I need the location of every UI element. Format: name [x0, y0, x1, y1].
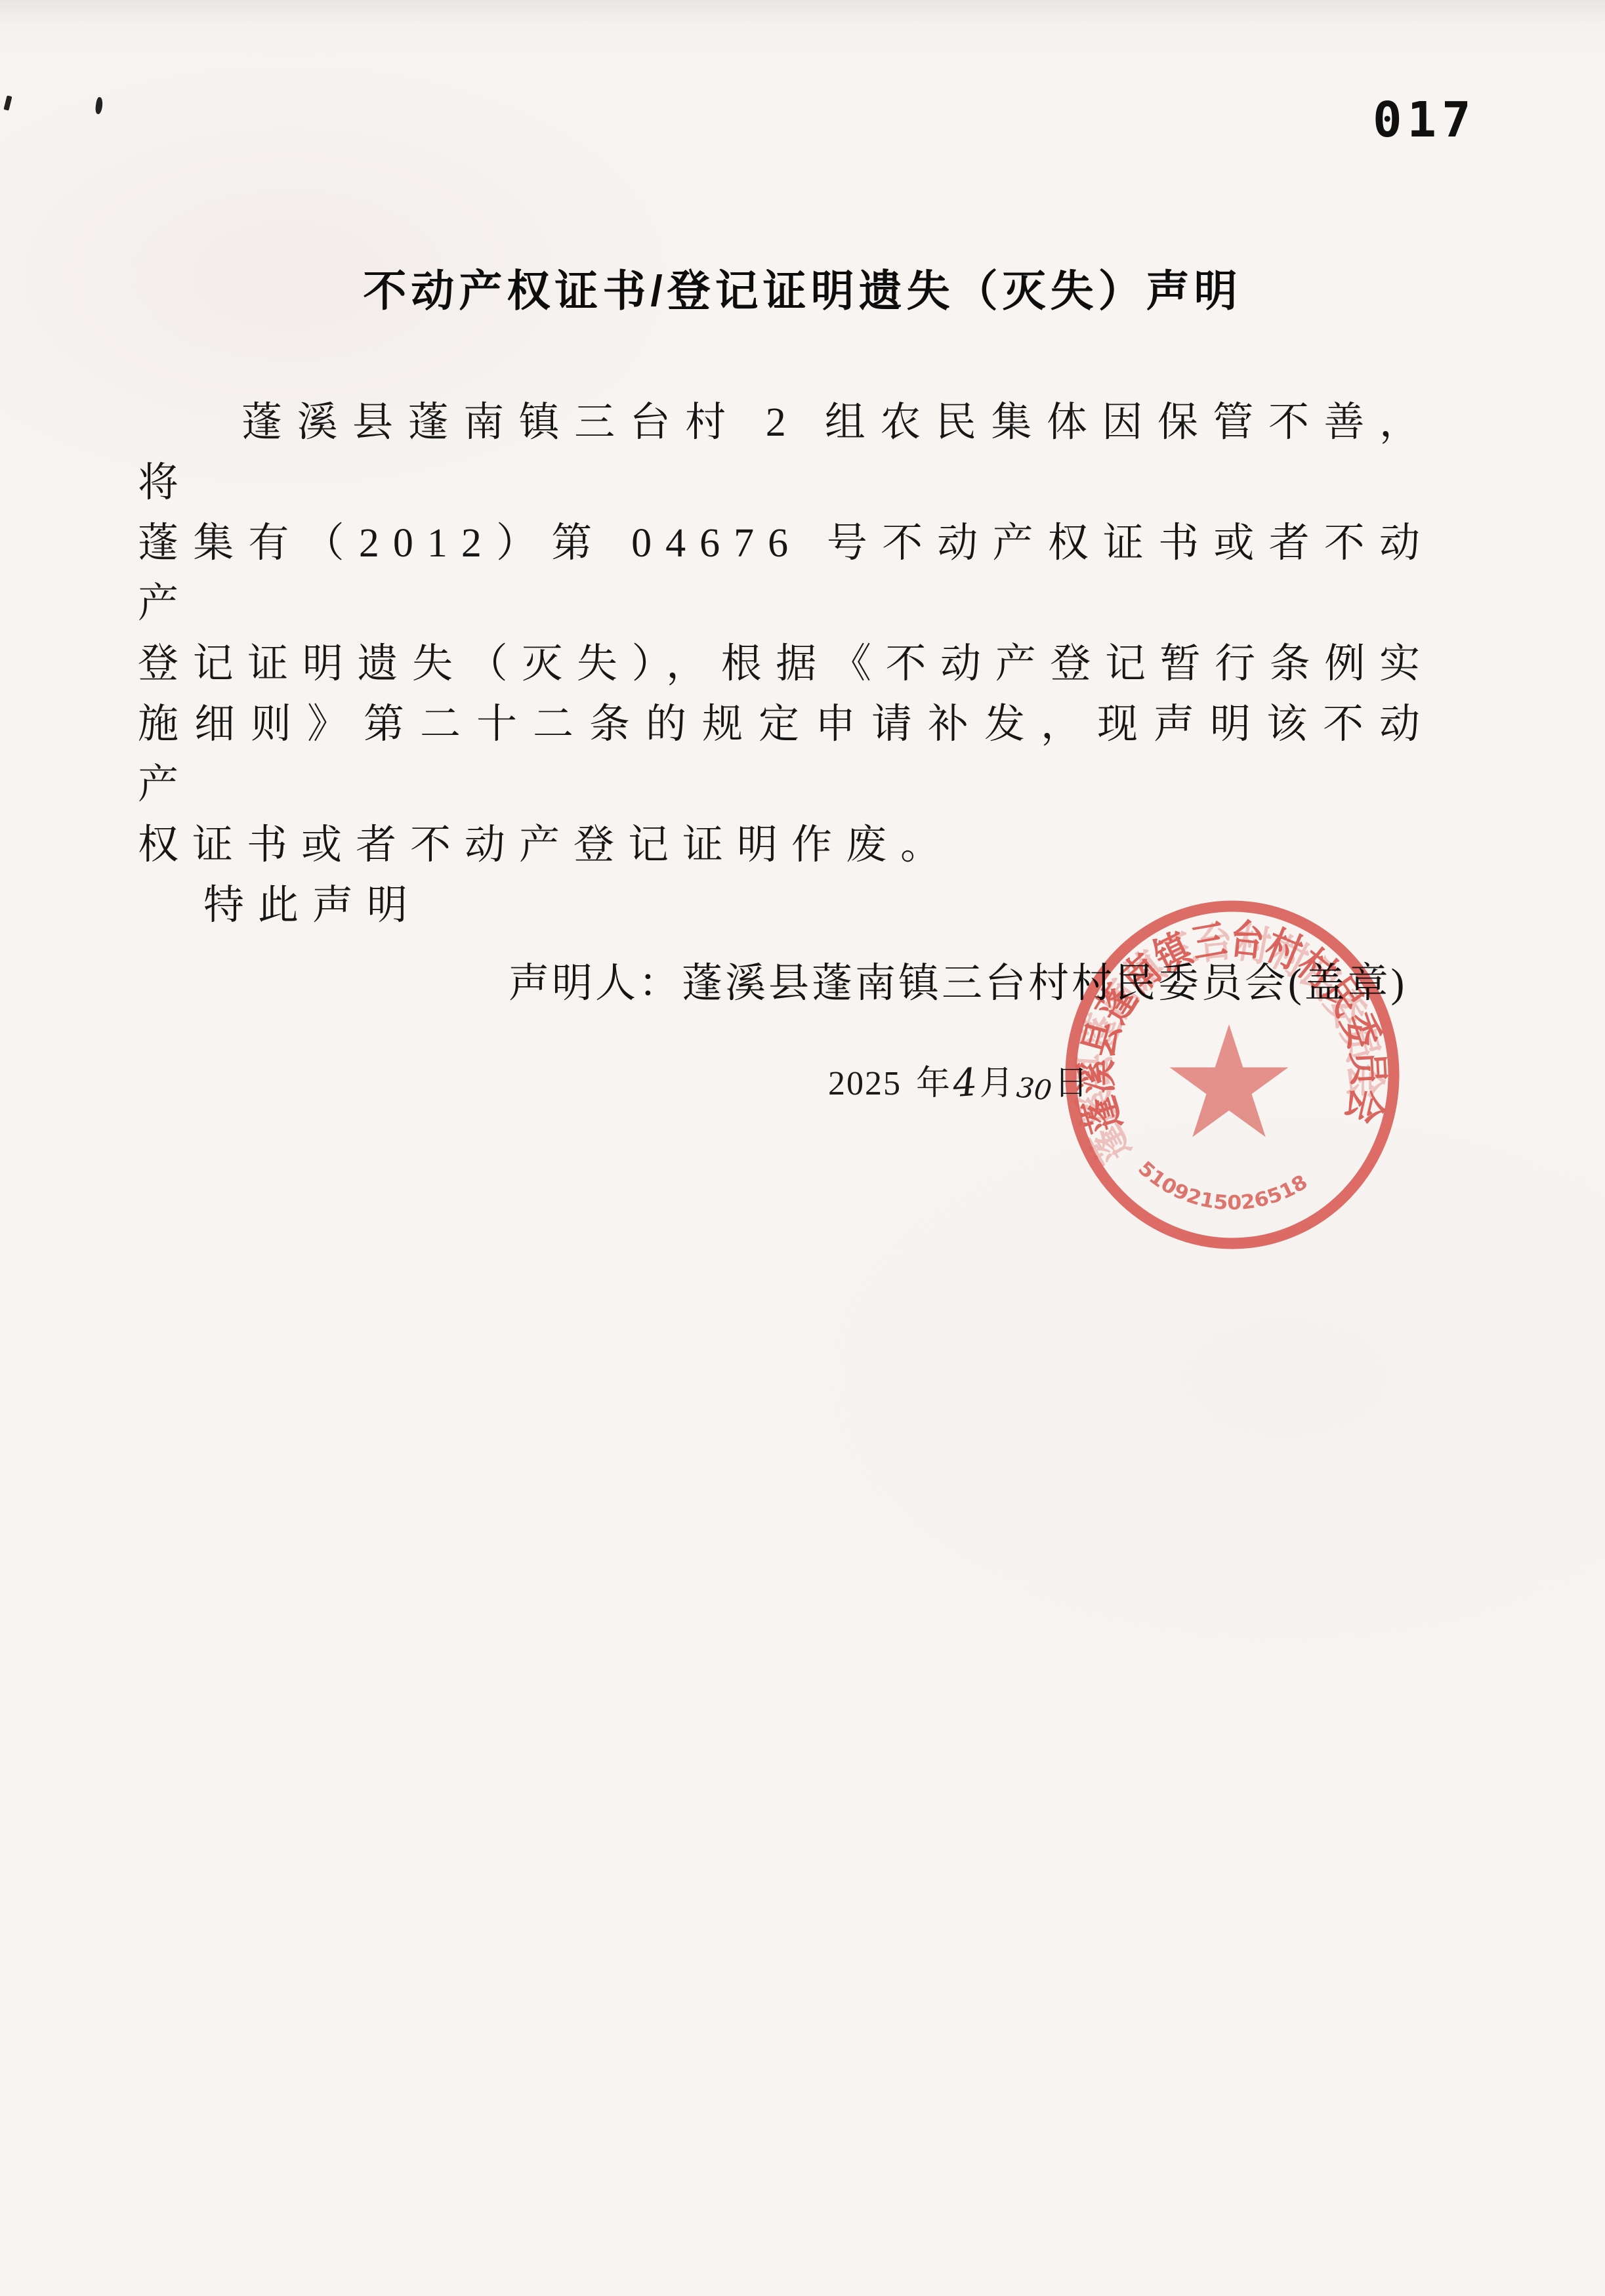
closing-line: 特此声明: [203, 875, 1434, 936]
signature-line: 声明人：蓬溪县蓬南镇三台村村民委员会(盖章): [509, 950, 1407, 1009]
date-year-label: 年: [916, 1065, 951, 1102]
date-day-handwritten: 30: [1015, 1071, 1053, 1106]
body-line: 登记证明遗失（灭失），根据《不动产登记暂行条例实: [138, 634, 1434, 694]
date-month-handwritten: 4: [951, 1060, 980, 1106]
star-icon: [1170, 1024, 1289, 1137]
document-title: 不动产权证书/登记证明遗失（灭失）声明: [0, 256, 1605, 318]
body-paragraph: 蓬溪县蓬南镇三台村 2 组农民集体因保管不善，将 蓬集有（2012）第 0467…: [138, 392, 1434, 936]
seal-ring-text: 蓬溪县蓬南镇三台村村民委员会: [1074, 916, 1392, 1138]
official-seal: 蓬溪县蓬南镇三台村村民委员会 蓬溪县蓬南镇三台村村民委员会 5109215026…: [1035, 878, 1429, 1272]
ink-speck: [3, 95, 12, 110]
date-day-label: 日: [1054, 1065, 1089, 1102]
date-month-label: 月: [980, 1065, 1015, 1102]
date-line: 2025年4月30日: [828, 1055, 1089, 1104]
body-line: 权证书或者不动产登记证明作废。: [138, 815, 1434, 875]
document-page: 017 不动产权证书/登记证明遗失（灭失）声明 蓬溪县蓬南镇三台村 2 组农民集…: [0, 0, 1605, 2296]
body-line: 蓬集有（2012）第 04676 号不动产权证书或者不动产: [138, 513, 1434, 634]
page-number: 017: [1373, 92, 1476, 148]
date-year: 2025: [828, 1065, 902, 1102]
seal-serial-number: 5109215026518: [1133, 1157, 1312, 1215]
ink-speck: [94, 96, 104, 114]
body-line: 蓬溪县蓬南镇三台村 2 组农民集体因保管不善，将: [138, 392, 1434, 513]
body-line: 施细则》第二十二条的规定申请补发，现声明该不动产: [138, 694, 1434, 815]
